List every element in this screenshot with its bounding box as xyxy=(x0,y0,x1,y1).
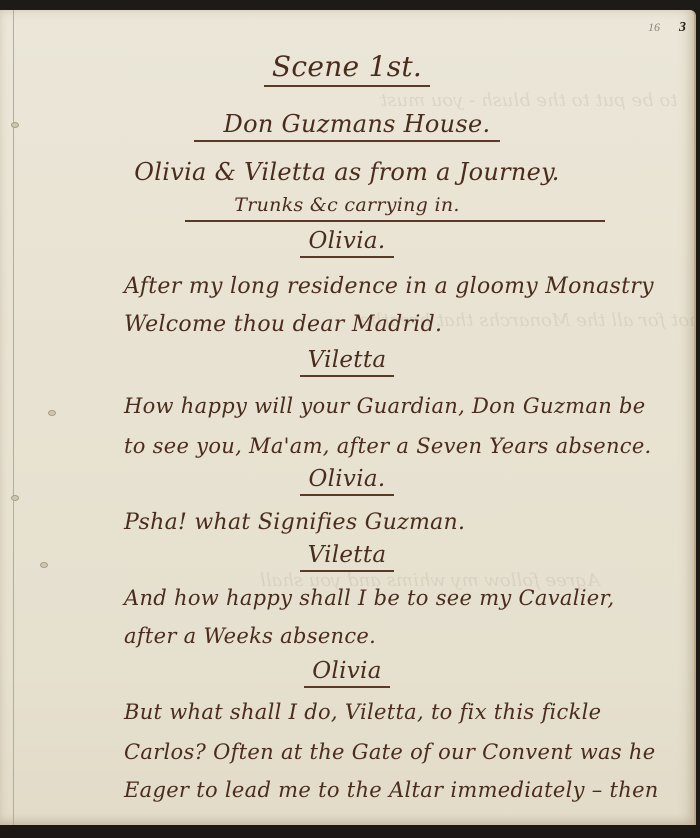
scene-heading: Scene 1st. xyxy=(264,50,430,87)
dialogue-line: But what shall I do, Viletta, to fix thi… xyxy=(124,700,601,724)
location-line: Don Guzmans House. xyxy=(0,110,694,142)
paper-blemish xyxy=(48,410,56,416)
speaker-viletta: Viletta xyxy=(300,347,395,377)
show-through-text: to be put to the blush - you must xyxy=(380,90,677,111)
speaker-olivia: Olivia. xyxy=(300,466,393,496)
dialogue-line: And how happy shall I be to see my Caval… xyxy=(124,586,615,610)
speaker-label: Olivia. xyxy=(0,466,694,496)
stage-direction-trunks: Trunks &c carrying in. xyxy=(0,194,694,216)
speaker-label: Olivia. xyxy=(0,228,694,258)
dialogue-line: to see you, Ma'am, after a Seven Years a… xyxy=(124,434,652,458)
stage-direction-entrance: Olivia & Viletta as from a Journey. xyxy=(0,158,694,186)
speaker-olivia: Olivia xyxy=(304,658,389,688)
dialogue-line: How happy will your Guardian, Don Guzman… xyxy=(124,394,645,418)
scene-heading-line: Scene 1st. xyxy=(0,50,694,87)
manuscript-page: to be put to the blush - you must not fo… xyxy=(0,10,696,825)
location-heading: Don Guzmans House. xyxy=(194,110,501,142)
speaker-viletta: Viletta xyxy=(300,542,395,572)
speaker-olivia: Olivia. xyxy=(300,228,393,258)
document-viewer: to be put to the blush - you must not fo… xyxy=(0,0,700,838)
speaker-label: Viletta xyxy=(0,542,694,572)
dialogue-line: after a Weeks absence. xyxy=(124,624,376,648)
speaker-label: Olivia xyxy=(0,658,694,688)
dialogue-line: Welcome thou dear Madrid. xyxy=(124,312,442,337)
ink-page-number: 3 xyxy=(679,20,686,36)
dialogue-line: Psha! what Signifies Guzman. xyxy=(124,510,465,535)
page-bottom-edge xyxy=(0,825,700,838)
dialogue-line: After my long residence in a gloomy Mona… xyxy=(124,274,654,299)
dialogue-line: Carlos? Often at the Gate of our Convent… xyxy=(124,740,655,764)
speaker-label: Viletta xyxy=(0,347,694,377)
section-divider-rule xyxy=(185,220,605,222)
dialogue-line: Eager to lead me to the Altar immediatel… xyxy=(124,778,659,802)
pencil-folio-number: 16 xyxy=(648,20,660,35)
